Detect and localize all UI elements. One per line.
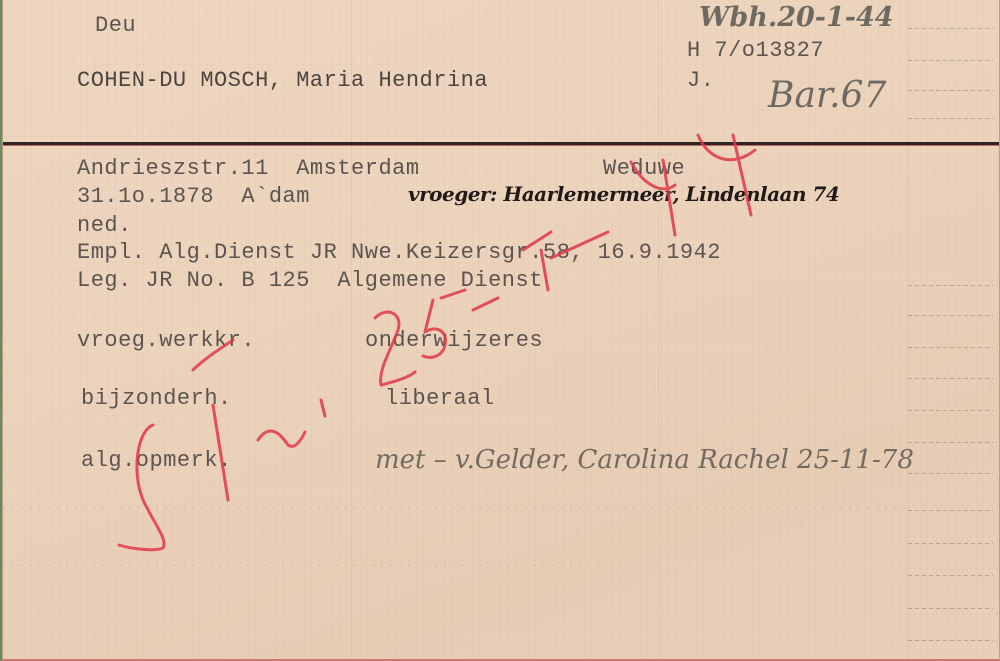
red-pencil-annotation	[3, 0, 1000, 661]
archive-index-card: Deu COHEN-DU MOSCH, Maria Hendrina Wbh.2…	[2, 0, 1000, 661]
